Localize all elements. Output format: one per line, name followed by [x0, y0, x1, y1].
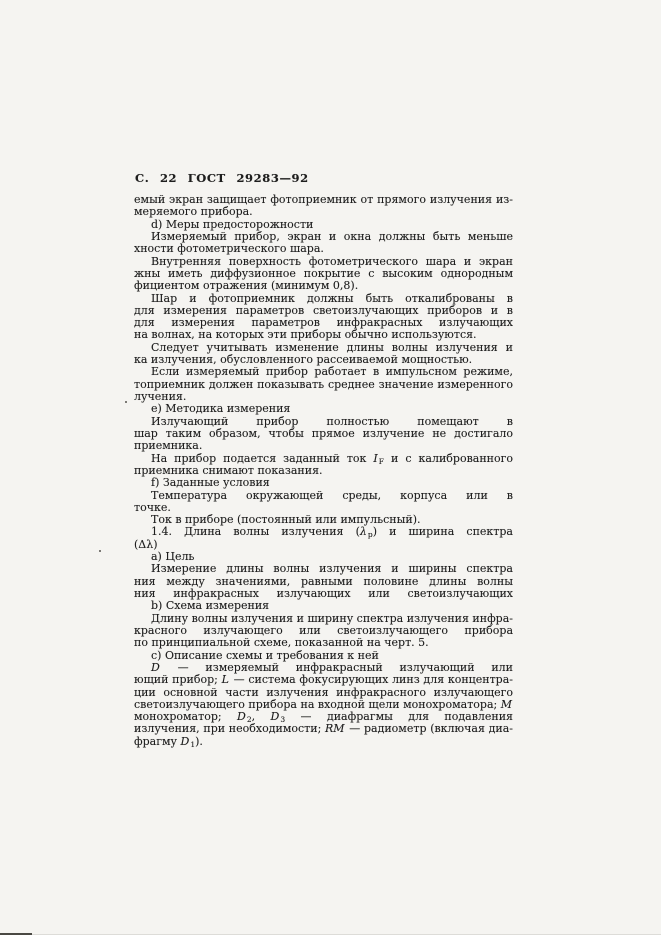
text-line: емый экран защищает фотоприемник от прям… — [134, 194, 513, 206]
text-line: лучения. — [134, 391, 513, 403]
text-line: c) Описание схемы и требования к ней — [134, 650, 513, 662]
text-line: хности фотометрического шара. — [134, 243, 513, 255]
text-line: ющий прибор; L — система фокусирующих ли… — [134, 674, 513, 686]
text-line: излучения, при необходимости; RM — радио… — [134, 723, 513, 735]
text-line: (Δλ) — [134, 539, 513, 551]
text-line: точке. — [134, 502, 513, 514]
text-line: Ток в приборе (постоянный или импульсный… — [134, 514, 513, 526]
text-line: приемника снимают показания. — [134, 465, 513, 477]
text-line: Если измеряемый прибор работает в импуль… — [134, 366, 513, 378]
text-line: Измеряемый прибор, экран и окна должны б… — [134, 231, 513, 243]
text-line: ния инфракрасных излучающих или светоизл… — [134, 588, 513, 600]
text-line: монохроматор; D2, D3 — диафрагмы для под… — [134, 711, 513, 723]
text-line: Измерение длины волны излучения и ширины… — [134, 563, 513, 575]
text-line: 1.4. Длина волны излучения (λp) и ширина… — [134, 526, 513, 538]
text-line: d) Меры предосторожности — [134, 219, 513, 231]
document-body: емый экран защищает фотоприемник от прям… — [134, 194, 513, 748]
text-line: красного излучающего или светоизлучающег… — [134, 625, 513, 637]
scan-speck — [125, 401, 127, 403]
text-line: Внутренняя поверхность фотометрического … — [134, 256, 513, 268]
text-line: на волнах, на которых эти приборы обычно… — [134, 329, 513, 341]
text-line: для измерения параметров инфракрасных из… — [134, 317, 513, 329]
text-line: Следует учитывать изменение длины волны … — [134, 342, 513, 354]
text-line: a) Цель — [134, 551, 513, 563]
text-line: Шар и фотоприемник должны быть откалибро… — [134, 293, 513, 305]
text-line: На прибор подается заданный ток IF и с к… — [134, 453, 513, 465]
text-line: фициентом отражения (минимум 0,8). — [134, 280, 513, 292]
scanned-page: С. 22 ГОСТ 29283—92 емый экран защищает … — [0, 0, 661, 935]
text-line: Излучающий прибор полностью помещают в ф… — [134, 416, 513, 428]
text-line: меряемого прибора. — [134, 206, 513, 218]
text-line: ния между значениями, равными половине д… — [134, 576, 513, 588]
text-line: для измерения параметров светоизлучающих… — [134, 305, 513, 317]
text-line: шар таким образом, чтобы прямое излучени… — [134, 428, 513, 440]
scan-speck — [99, 550, 101, 552]
text-line: приемника. — [134, 440, 513, 452]
text-line: f) Заданные условия — [134, 477, 513, 489]
text-line: ции основной части излучения инфракрасно… — [134, 687, 513, 699]
page-header: С. 22 ГОСТ 29283—92 — [135, 171, 309, 185]
text-line: жны иметь диффузионное покрытие с высоки… — [134, 268, 513, 280]
text-line: светоизлучающего прибора на входной щели… — [134, 699, 513, 711]
text-line: топриемник должен показывать среднее зна… — [134, 379, 513, 391]
text-line: D — измеряемый инфракрасный излучающий и… — [134, 662, 513, 674]
text-line: ка излучения, обусловленного рассеиваемо… — [134, 354, 513, 366]
text-line: Длину волны излучения и ширину спектра и… — [134, 613, 513, 625]
text-line: b) Схема измерения — [134, 600, 513, 612]
text-line: e) Методика измерения — [134, 403, 513, 415]
text-line: фрагму D1). — [134, 736, 513, 748]
text-line: Температура окружающей среды, корпуса ил… — [134, 490, 513, 502]
text-line: по принципиальной схеме, показанной на ч… — [134, 637, 513, 649]
